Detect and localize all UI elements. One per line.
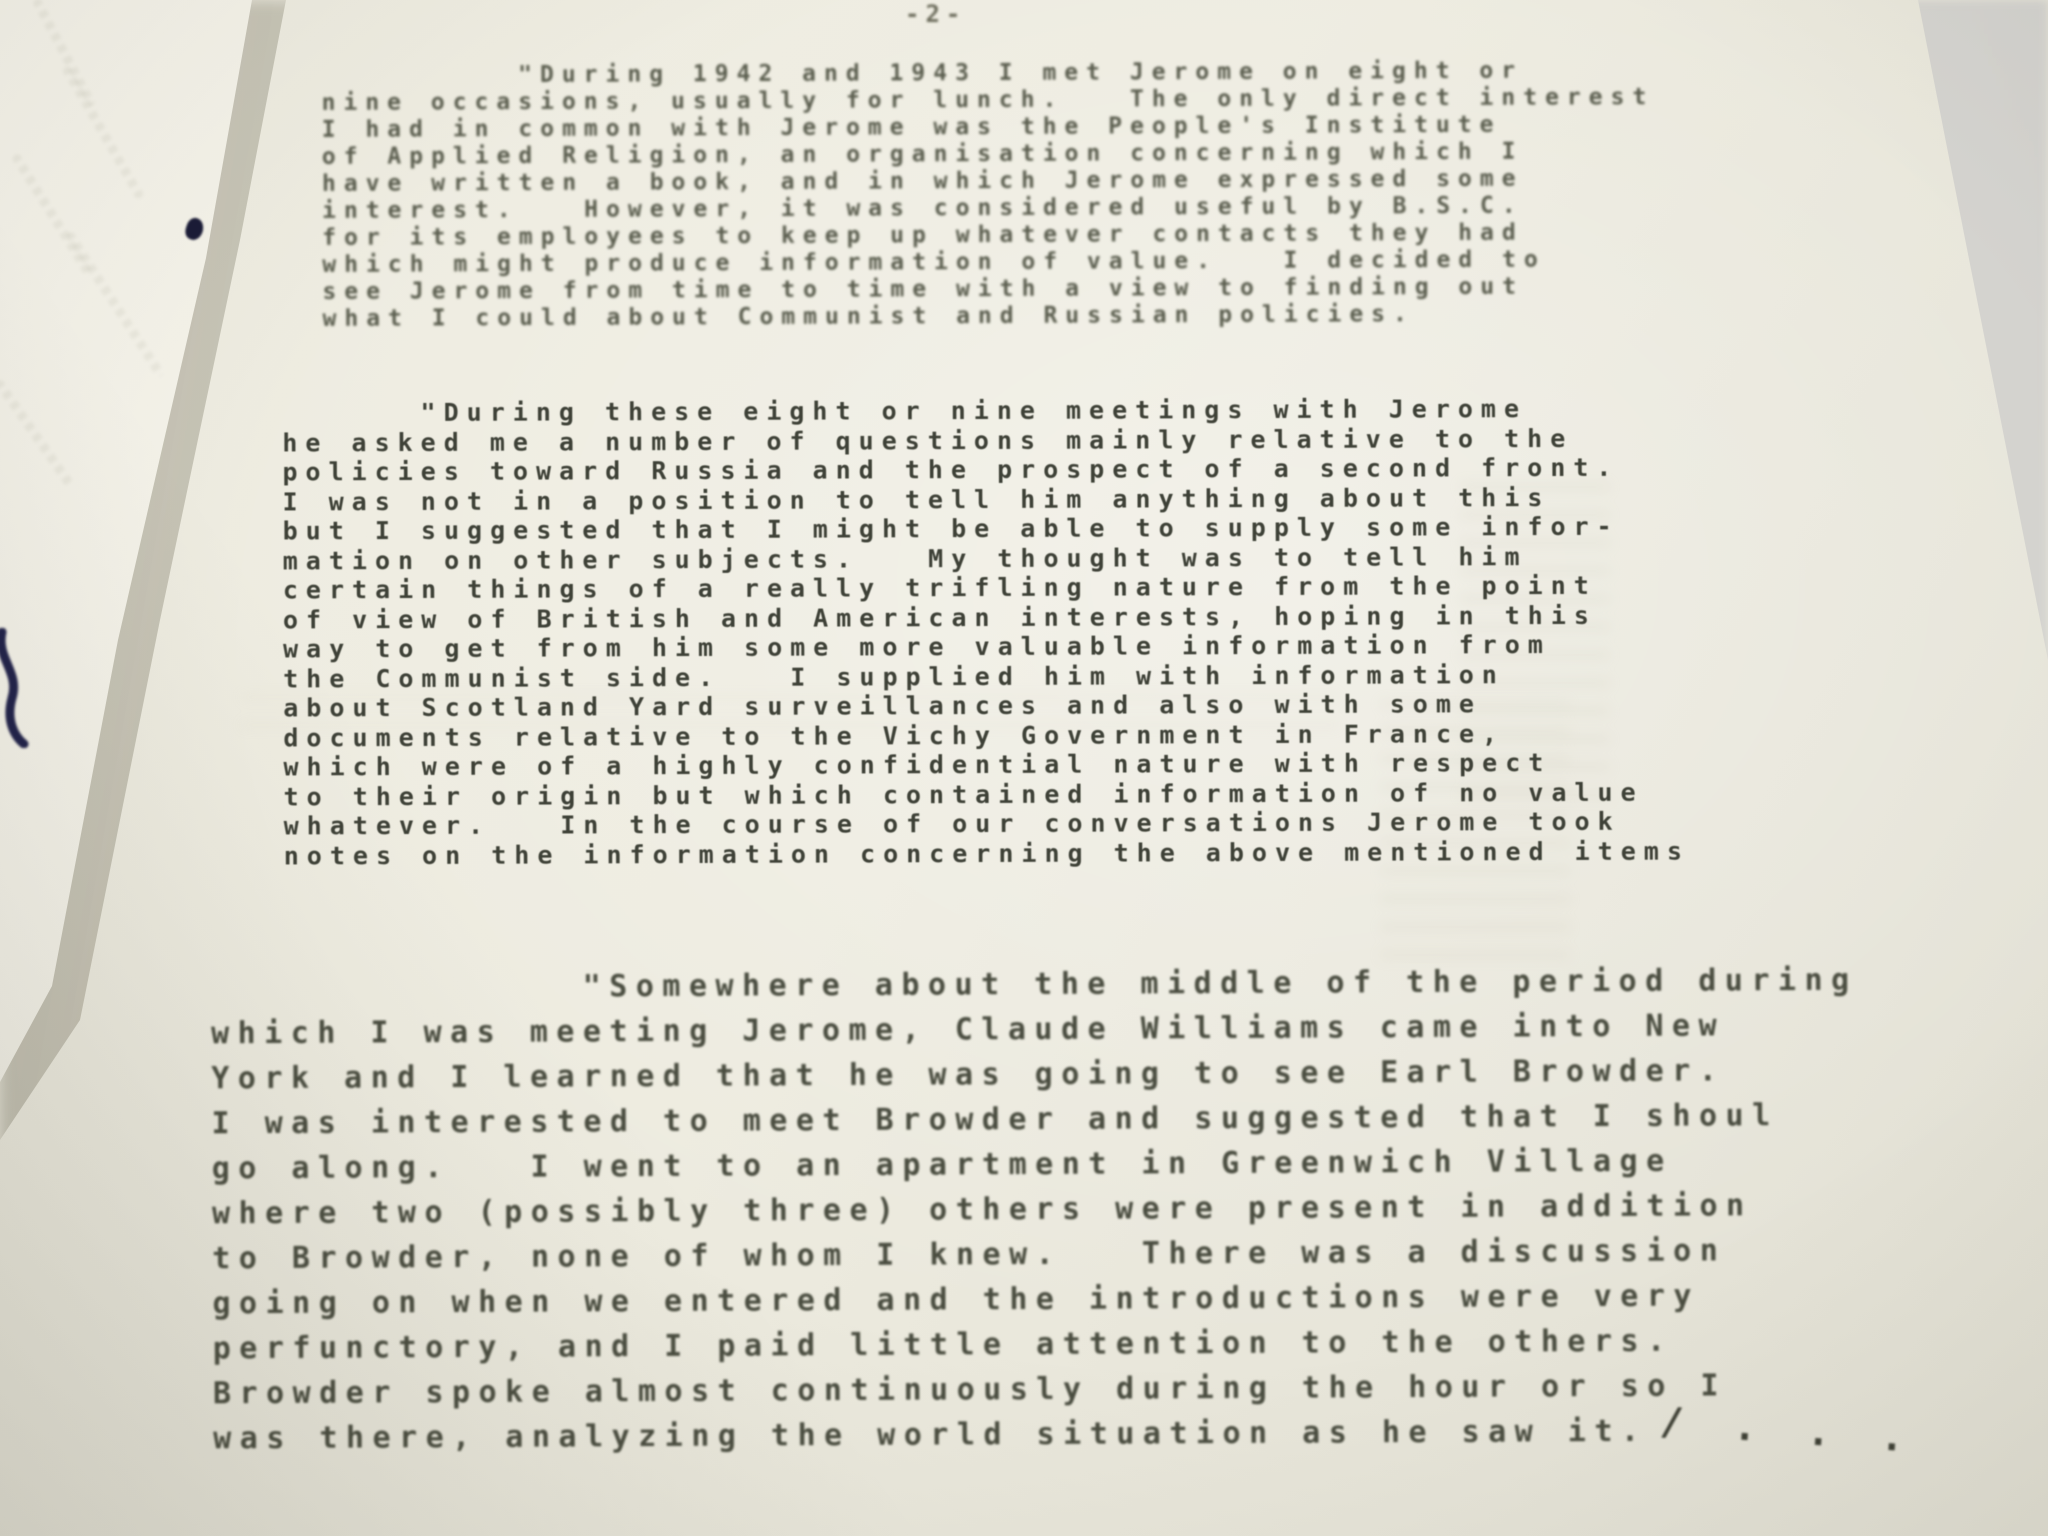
paragraph-somewhere-middle: "Somewhere about the middle of the perio… — [211, 958, 1860, 1462]
page-number: -2- — [905, 0, 966, 28]
typed-line: was there, analyzing the world situation… — [213, 1408, 1860, 1462]
binding-thread — [0, 628, 64, 748]
paragraph-during-1942: "During 1942 and 1943 I met Jerome on ei… — [321, 57, 1655, 333]
typed-line: notes on the information concerning the … — [284, 836, 1690, 870]
typed-line: about Scotland Yard surveillances and al… — [283, 689, 1689, 723]
typed-line: certain things of a really trifling natu… — [283, 571, 1689, 605]
typed-line: policies toward Russia and the prospect … — [282, 453, 1688, 487]
document-photo: -2- "During 1942 and 1943 I met Jerome o… — [0, 0, 2048, 1536]
paragraph-eight-or-nine-meetings: "During these eight or nine meetings wit… — [282, 394, 1690, 871]
typed-line: but I suggested that I might be able to … — [283, 512, 1689, 546]
typed-line: way to get from him some more valuable i… — [283, 630, 1689, 664]
typed-line: whatever. In the course of our conversat… — [284, 807, 1690, 841]
typed-line: which were of a highly confidential natu… — [283, 748, 1689, 782]
typed-line: "During these eight or nine meetings wit… — [282, 394, 1688, 428]
